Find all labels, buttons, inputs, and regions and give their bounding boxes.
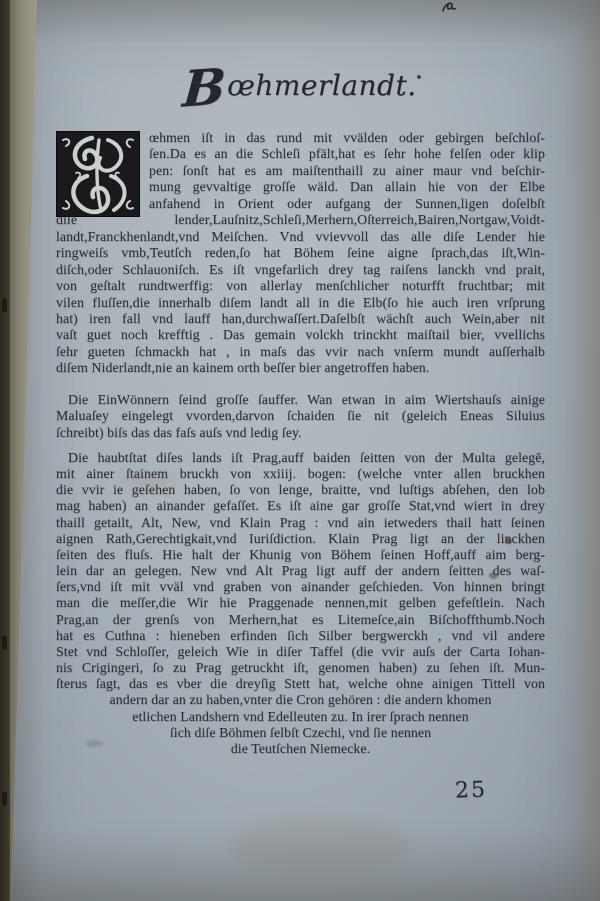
book-photo: Bœhmerlandt.	[0, 0, 600, 901]
text-line: Die EinWönnern ſeind groſſe ſauffer. Wan…	[56, 392, 545, 408]
text-line: ſterus ſagt, das es vber die dreyſig Ste…	[56, 676, 545, 692]
text-line: anfahend in Orient oder aufgang der Sunn…	[56, 196, 545, 212]
text-line: mag haben) an ainander gefaſſet. Es iſt …	[56, 498, 545, 514]
text-line: ſen.Da es an die Schleſi pfält,hat es ſe…	[56, 146, 545, 162]
text-line: ſich diſe Böhmen ſelbſt Czechi, vnd ſie …	[56, 725, 545, 741]
text-line: diſch,oder Schlauoniſch. Es iſt vngefarl…	[56, 262, 545, 278]
text-line: die Teutſchen Niemecke.	[56, 741, 545, 757]
text-line: vilen fluſſen,die innerhalb diſem landt …	[56, 295, 545, 311]
text-line: aignen Rath,Gerechtigkait,vnd Iuriſdicti…	[56, 531, 545, 547]
text-line: hat) iren fall vnd lauff han,durchwaſſer…	[56, 311, 545, 327]
text-line: Prag,an der grenſs von Merhern,hat es Li…	[56, 612, 545, 628]
text-line: œhmen iſt in das rund mit vvälden oder g…	[56, 130, 545, 146]
text-line: ſchreibt) biſs das das faſs auſs vnd led…	[56, 425, 545, 441]
text-line: ſehr gueten ſchmackh hat , in maſs das v…	[56, 344, 545, 360]
text-line: von geſtalt rundtwerffig: von allerlay m…	[56, 278, 545, 294]
binding-stitch	[2, 298, 7, 312]
text-line: pen: ſonſt hat es am maiſtenthaill zu ai…	[56, 163, 545, 179]
text-line: hat es Cuthna : hieneben erfinden ſich S…	[56, 628, 545, 644]
text-line: ſeiten des fluſs. Hie halt der Khunig vo…	[56, 547, 545, 563]
text-line: andern dar an zu haben,vnter die Cron ge…	[56, 692, 545, 708]
paragraph: Die haubtſtat diſes lands iſt Prag,auff …	[56, 450, 545, 757]
smudge-mark	[86, 740, 102, 747]
paragraph: œhmen iſt in das rund mit vvälden oder g…	[56, 130, 545, 377]
text-line: ringweiſs vmb,Teutſch reden,ſo hat Böhem…	[56, 245, 545, 261]
text-line: landt,Franckhenlandt,vnd Meiſchen. Vnd v…	[56, 229, 545, 245]
paper-smudge	[120, 470, 180, 490]
page-number: 25	[455, 777, 488, 803]
title-swash-initial: B	[181, 57, 228, 119]
text-line: diſe lender,Lauſnitz,Schleſi,Merhern,Oſt…	[56, 212, 545, 228]
text-line: ſers,vnd iſt mit vväl vnd graben von ain…	[56, 579, 545, 595]
text-line: mit ainer ſtainem bruckh von xxiiij. bog…	[56, 466, 545, 482]
ink-stain	[505, 538, 512, 544]
text-line: Maluaſey eingelegt vvorden,darvon ſchaid…	[56, 408, 545, 424]
paper-smudge	[230, 818, 410, 873]
ink-squiggle-mark	[441, 0, 457, 19]
text-line: mung gevvaltige groſſe wäld. Dan allain …	[56, 179, 545, 195]
text-line: Stet vnd Schloſſer, geleich Wie in diſer…	[56, 644, 545, 660]
body-text: œhmen iſt in das rund mit vvälden oder g…	[56, 130, 545, 757]
book-page: Bœhmerlandt.	[0, 0, 600, 901]
text-line: Die haubtſtat diſes lands iſt Prag,auff …	[56, 450, 545, 466]
binding-stitch	[2, 792, 7, 806]
page-title: Bœhmerlandt.	[0, 58, 600, 117]
woodcut-initial-B	[56, 131, 140, 211]
text-line: nis Crigingeri, ſo zu Prag getruckht iſt…	[56, 660, 545, 676]
paragraph: Die EinWönnern ſeind groſſe ſauffer. Wan…	[56, 392, 545, 441]
ink-fleck	[417, 75, 421, 79]
text-line: diſem Niderlandt,nie an kainem orth beſſ…	[56, 360, 545, 376]
text-line: die vvir ie geſehen haben, ſo von lenge,…	[56, 482, 545, 498]
ink-stain	[489, 572, 498, 579]
text-line: vaſt guet noch krefftig . Das gemain vol…	[56, 327, 545, 343]
text-line: lein dar an gelegen. New vnd Alt Prag li…	[56, 563, 545, 579]
text-line: etlichen Landshern vnd Edelleuten zu. In…	[56, 709, 545, 725]
title-text: œhmerlandt.	[227, 69, 416, 102]
text-line: thaill getailt, Alt, New, vnd Klain Prag…	[56, 515, 545, 531]
text-line: man die meſſer,die Wir hie Praggenade ne…	[56, 595, 545, 611]
binding-stitch	[2, 636, 7, 650]
